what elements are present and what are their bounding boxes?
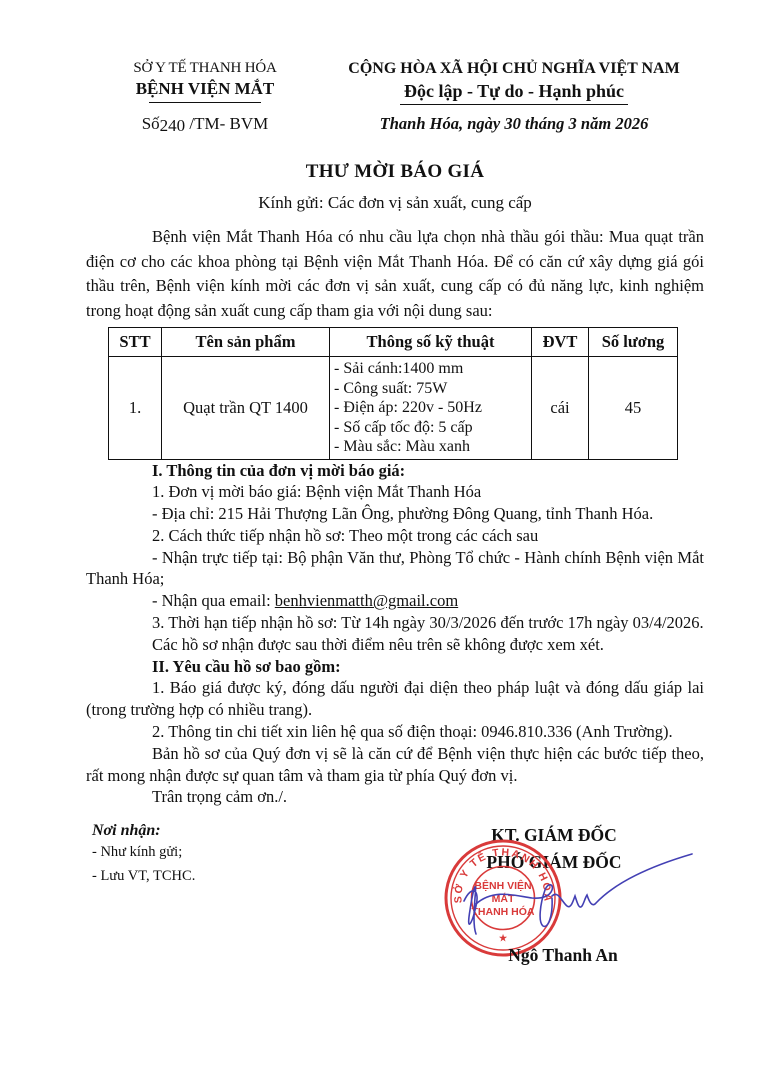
thanks-line: Trân trọng cảm ơn./.: [86, 786, 704, 808]
intro-paragraph: Bệnh viện Mắt Thanh Hóa có nhu cầu lựa c…: [86, 225, 704, 323]
spec-line: - Màu sắc: Màu xanh: [334, 437, 527, 457]
col-header-unit: ĐVT: [532, 328, 589, 357]
cell-unit: cái: [532, 357, 589, 460]
email-prefix: - Nhận qua email:: [152, 591, 275, 610]
cell-stt: 1.: [109, 357, 162, 460]
spec-line: - Số cấp tốc độ: 5 cấp: [334, 418, 527, 438]
ref-suffix: /TM- BVM: [185, 114, 268, 133]
signer-name: Ngô Thanh An: [404, 945, 704, 966]
spec-line: - Điện áp: 220v - 50Hz: [334, 398, 527, 418]
recipients-block: Nơi nhận: - Như kính gửi; - Lưu VT, TCHC…: [92, 822, 195, 992]
closing-paragraph: Bản hồ sơ của Quý đơn vị sẽ là căn cứ để…: [86, 743, 704, 787]
section1-direct-delivery: - Nhận trực tiếp tại: Bộ phận Văn thư, P…: [86, 547, 704, 591]
signature-block: KT. GIÁM ĐỐC PHÓ GIÁM ĐỐC SỞ Y TẾ THANH …: [404, 822, 704, 992]
body-sections: I. Thông tin của đơn vị mời báo giá: 1. …: [86, 460, 704, 809]
section1-heading: I. Thông tin của đơn vị mời báo giá:: [86, 460, 704, 482]
reference-number: Số240 /TM- BVM: [86, 114, 324, 134]
recipient-item: - Như kính gửi;: [92, 840, 195, 864]
section1-address: - Địa chỉ: 215 Hải Thượng Lãn Ông, phườn…: [86, 503, 704, 525]
col-header-name: Tên sản phẩm: [162, 328, 330, 357]
section1-deadline: 3. Thời hạn tiếp nhận hồ sơ: Từ 14h ngày…: [86, 612, 704, 634]
section1-email-line: - Nhận qua email: benhvienmatth@gmail.co…: [86, 590, 704, 612]
recipients-heading: Nơi nhận:: [92, 822, 195, 840]
section2-item2: 2. Thông tin chi tiết xin liên hệ qua số…: [86, 721, 704, 743]
section1-item1: 1. Đơn vị mời báo giá: Bệnh viện Mắt Tha…: [86, 481, 704, 503]
section1-item2: 2. Cách thức tiếp nhận hồ sơ: Theo một t…: [86, 525, 704, 547]
cell-quantity: 45: [589, 357, 678, 460]
issuer-underline: [149, 102, 261, 103]
page-title: THƯ MỜI BÁO GIÁ: [86, 161, 704, 183]
section2-heading: II. Yêu cầu hồ sơ bao gồm:: [86, 656, 704, 678]
handwritten-signature: [446, 846, 696, 941]
section1-late-note: Các hồ sơ nhận được sau thời điểm nêu tr…: [86, 634, 704, 656]
spec-line: - Công suất: 75W: [334, 379, 527, 399]
document-page: SỞ Y TẾ THANH HÓA BỆNH VIỆN MẮT Số240 /T…: [0, 0, 766, 1083]
table-row: 1. Quạt trần QT 1400 - Sải cánh:1400 mm …: [109, 357, 678, 460]
spec-line: - Sải cánh:1400 mm: [334, 359, 527, 379]
place-dateline: Thanh Hóa, ngày 30 tháng 3 năm 2026: [324, 114, 704, 134]
recipient-item: - Lưu VT, TCHC.: [92, 864, 195, 888]
cell-specs: - Sải cánh:1400 mm - Công suất: 75W - Đi…: [330, 357, 532, 460]
salutation: Kính gửi: Các đơn vị sản xuất, cung cấp: [86, 193, 704, 213]
col-header-stt: STT: [109, 328, 162, 357]
ref-number: 240: [160, 116, 186, 135]
product-table: STT Tên sản phẩm Thông số kỹ thuật ĐVT S…: [108, 327, 678, 460]
col-header-spec: Thông số kỹ thuật: [330, 328, 532, 357]
national-motto-line1: CỘNG HÒA XÃ HỘI CHỦ NGHĨA VIỆT NAM: [324, 60, 704, 78]
national-motto-line2: Độc lập - Tự do - Hạnh phúc: [400, 81, 628, 105]
document-footer: Nơi nhận: - Như kính gửi; - Lưu VT, TCHC…: [86, 822, 704, 992]
issuer-department: SỞ Y TẾ THANH HÓA: [86, 60, 324, 77]
document-header: SỞ Y TẾ THANH HÓA BỆNH VIỆN MẮT Số240 /T…: [86, 60, 704, 134]
email-link[interactable]: benhvienmatth@gmail.com: [275, 591, 458, 610]
cell-product-name: Quạt trần QT 1400: [162, 357, 330, 460]
issuer-organization: BỆNH VIỆN MẮT: [86, 79, 324, 99]
ref-prefix: Số: [142, 114, 160, 133]
national-block: CỘNG HÒA XÃ HỘI CHỦ NGHĨA VIỆT NAM Độc l…: [324, 60, 704, 134]
col-header-qty: Số lương: [589, 328, 678, 357]
section2-item1: 1. Báo giá được ký, đóng dấu người đại d…: [86, 677, 704, 721]
table-header-row: STT Tên sản phẩm Thông số kỹ thuật ĐVT S…: [109, 328, 678, 357]
issuer-block: SỞ Y TẾ THANH HÓA BỆNH VIỆN MẮT Số240 /T…: [86, 60, 324, 134]
